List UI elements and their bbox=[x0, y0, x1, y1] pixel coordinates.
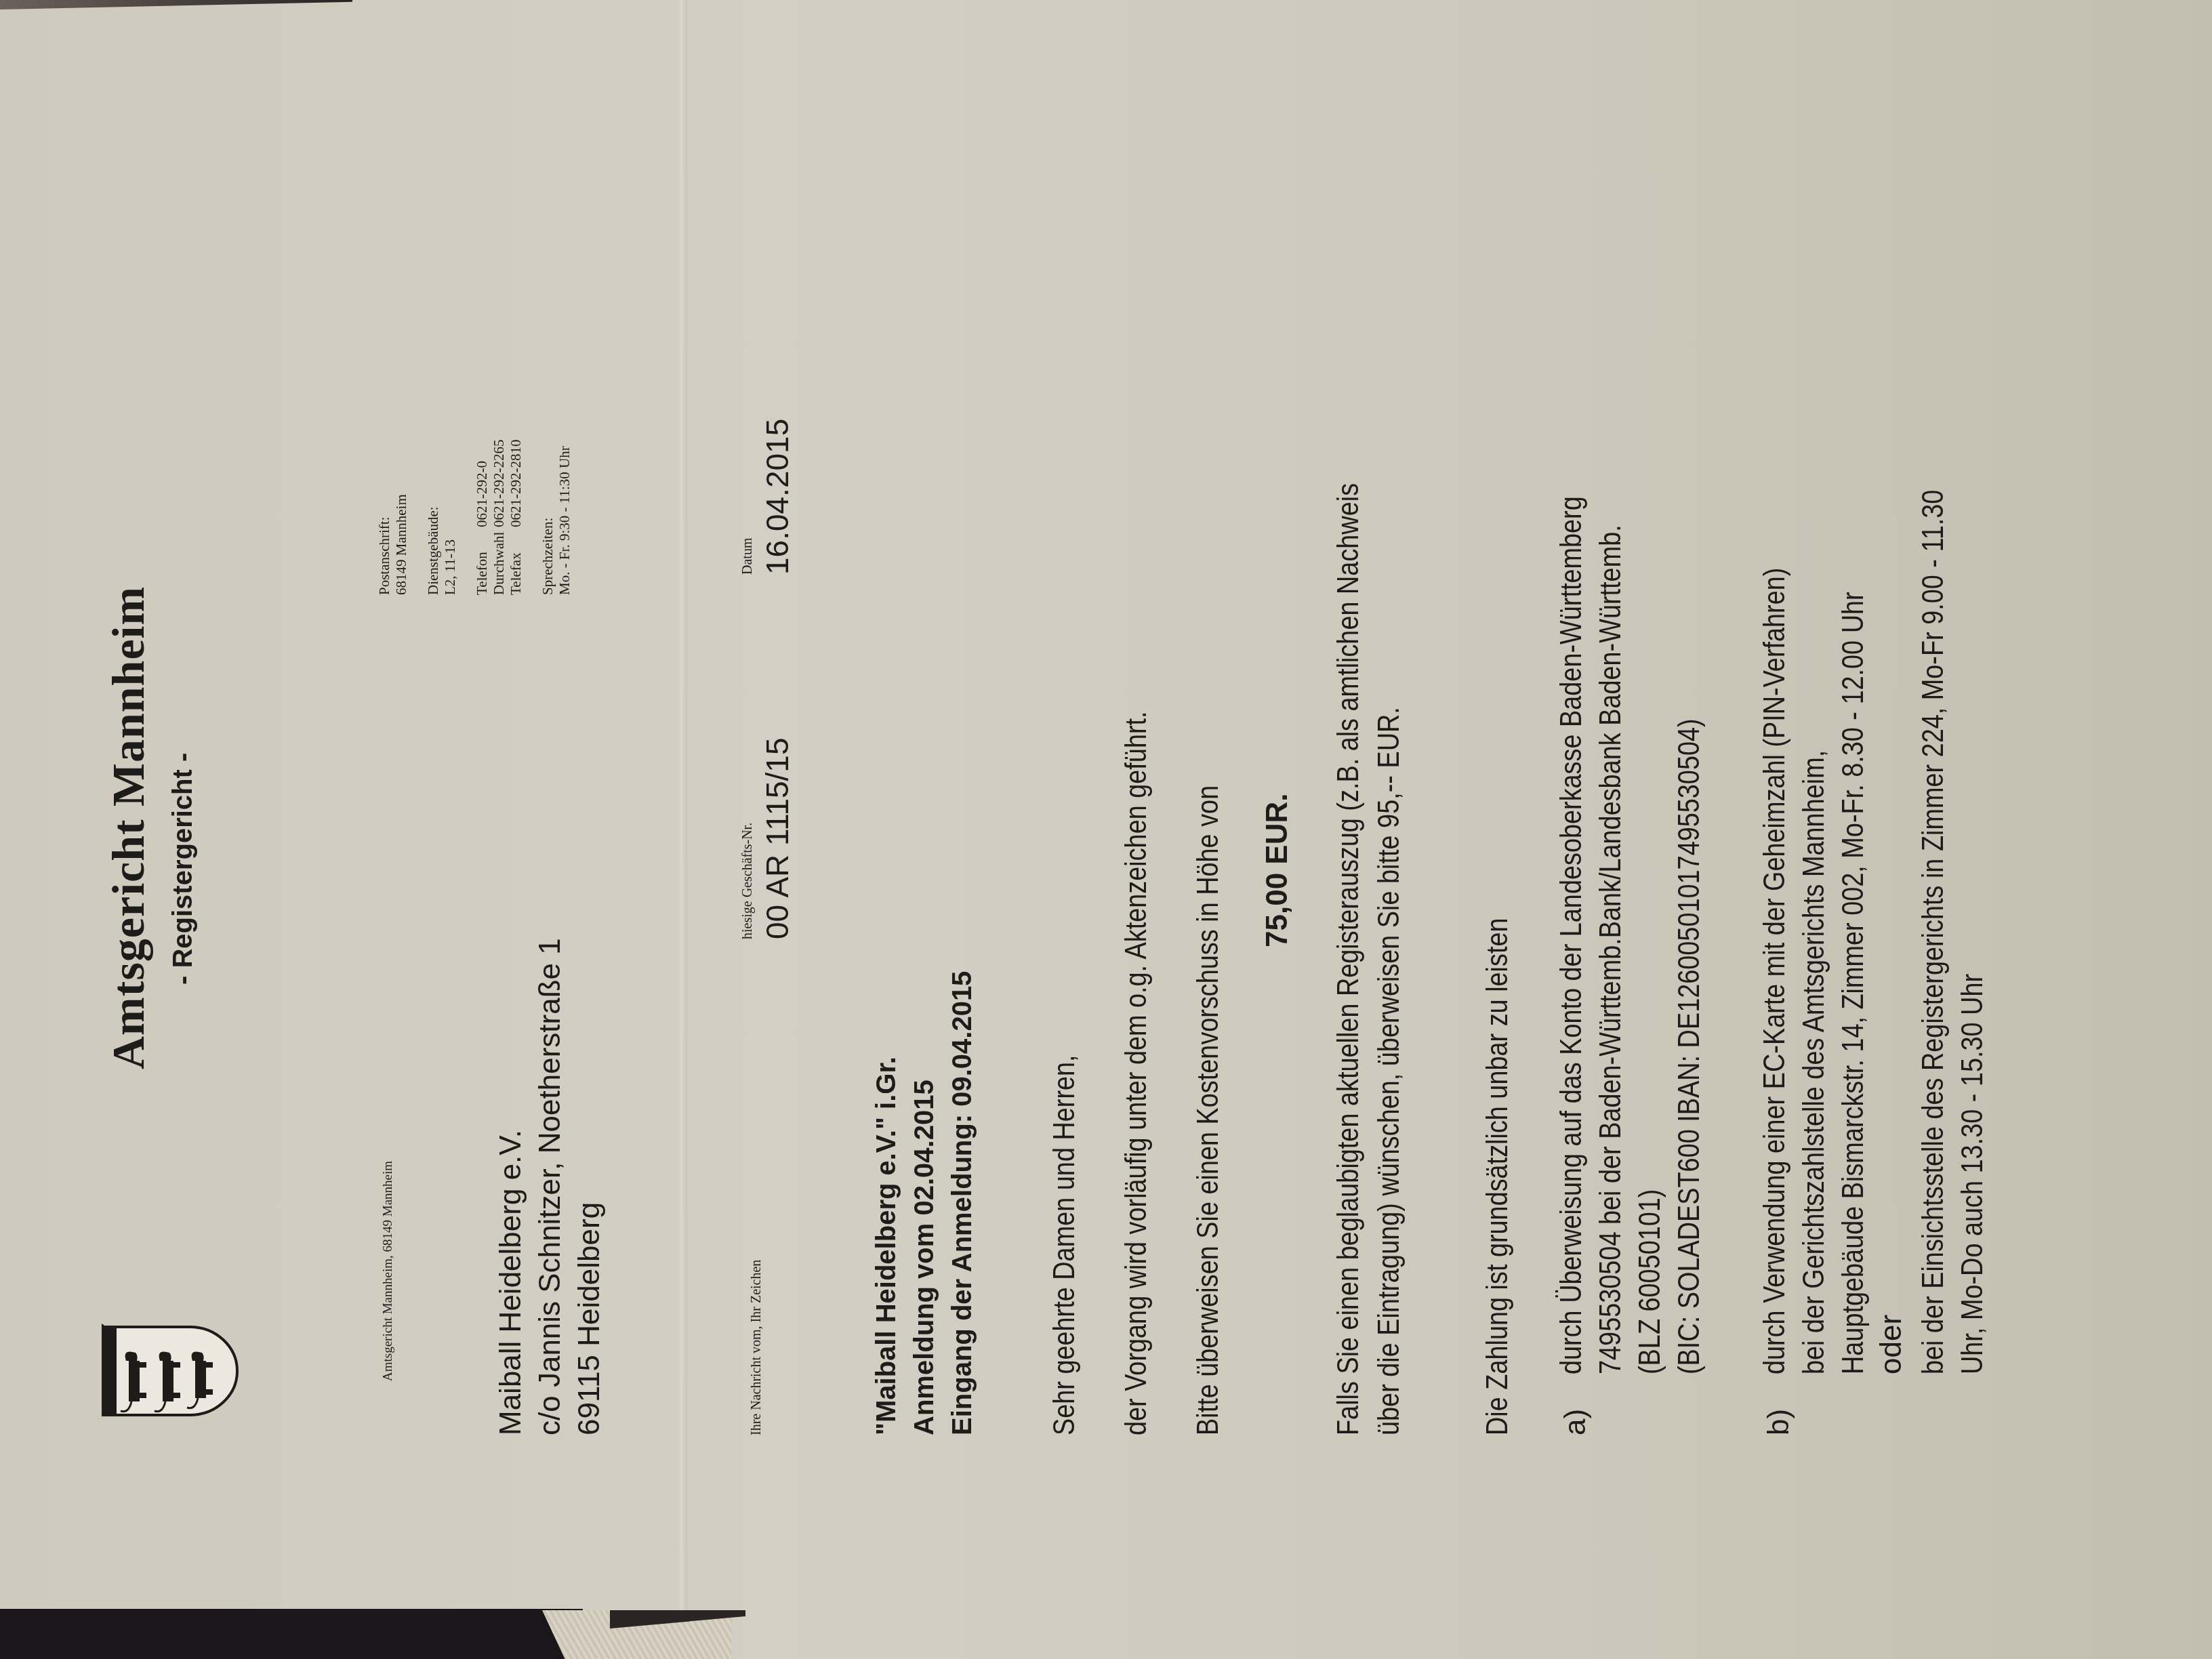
option-line: 7495530504 bei der Baden-Württemb.Bank/L… bbox=[1591, 496, 1631, 1374]
datum-label: Datum bbox=[740, 538, 756, 575]
phone-label: Telefon bbox=[474, 527, 491, 595]
option-line: durch Überweisung auf das Konto der Land… bbox=[1552, 496, 1591, 1374]
sprechzeiten-value: Mo. - Fr. 9:30 - 11:30 Uhr bbox=[556, 440, 573, 596]
phone-value: 0621-292-2810 bbox=[508, 440, 525, 528]
postanschrift-value: 68149 Mannheim bbox=[393, 440, 410, 596]
geschaeftsnr-label: hiesige Geschäfts-Nr. bbox=[740, 823, 756, 939]
subject-line: "Maiball Heidelberg e.V." i.Gr. bbox=[867, 971, 905, 1435]
phone-value: 0621-292-0 bbox=[474, 461, 491, 527]
postanschrift-label: Postanschrift: bbox=[376, 440, 393, 596]
recipient-line: c/o Jannis Schnitzer, Noetherstraße 1 bbox=[531, 938, 570, 1435]
option-line: Uhr, Mo-Do auch 13.30 - 15.30 Uhr bbox=[1953, 490, 1992, 1374]
recipient-line: Maiball Heidelberg e.V. bbox=[491, 938, 531, 1435]
option-line: (BIC: SOLADEST600 IBAN: DE12600501017495… bbox=[1670, 496, 1709, 1374]
subject-block: "Maiball Heidelberg e.V." i.Gr. Anmeldun… bbox=[867, 971, 981, 1435]
ihre-nachricht-label: Ihre Nachricht vom, Ihr Zeichen bbox=[749, 1260, 764, 1435]
geschaeftsnr-value: 00 AR 1115/15 bbox=[759, 737, 796, 939]
phone-row: Telefon 0621-292-0 bbox=[474, 440, 491, 596]
phone-row: Durchwahl 0621-292-2265 bbox=[491, 440, 508, 596]
phone-value: 0621-292-2265 bbox=[491, 440, 508, 528]
court-info-block: Postanschrift: 68149 Mannheim Dienstgebä… bbox=[376, 440, 573, 596]
option-a-text: durch Überweisung auf das Konto der Land… bbox=[1552, 496, 1709, 1374]
subject-line: Eingang der Anmeldung: 09.04.2015 bbox=[943, 971, 981, 1435]
option-line: (BLZ 60050101) bbox=[1631, 496, 1670, 1374]
body-zahlung: Die Zahlung ist grundsätzlich unbar zu l… bbox=[1481, 918, 1515, 1435]
recipient-line: 69115 Heidelberg bbox=[570, 938, 609, 1435]
court-department: - Registergericht - bbox=[168, 753, 199, 985]
phone-label: Telefax bbox=[508, 527, 525, 595]
letter-page: Amtsgericht Mannheim - Registergericht -… bbox=[0, 0, 2212, 1659]
sprechzeiten-label: Sprechzeiten: bbox=[539, 440, 556, 596]
subject-line: Anmeldung vom 02.04.2015 bbox=[905, 971, 943, 1435]
option-line: durch Verwendung einer EC-Karte mit der … bbox=[1755, 568, 1795, 1374]
body-falls-line: über die Eintragung) wünschen, überweise… bbox=[1369, 483, 1410, 1435]
option-a-marker: a) bbox=[1559, 1409, 1593, 1435]
body-falls-line: Falls Sie einen beglaubigten aktuellen R… bbox=[1328, 483, 1369, 1435]
option-b-text: durch Verwendung einer EC-Karte mit der … bbox=[1755, 568, 1873, 1374]
option-line: Hauptgebäude Bismarckstr. 14, Zimmer 002… bbox=[1834, 568, 1873, 1374]
payment-amount: 75,00 EUR. bbox=[1261, 794, 1294, 947]
option-line: bei der Einsichtsstelle des Registergeri… bbox=[1914, 490, 1953, 1374]
option-b-oder: oder bbox=[1875, 1315, 1908, 1374]
dienstgebaeude-value: L2, 11-13 bbox=[442, 440, 459, 596]
sender-return-address: Amtsgericht Mannheim, 68149 Mannheim bbox=[381, 1161, 396, 1381]
option-line: bei der Gerichtszahlstelle des Amtsgeric… bbox=[1795, 568, 1834, 1374]
salutation: Sehr geehrte Damen und Herren, bbox=[1048, 1054, 1082, 1435]
body-vorgang: der Vorgang wird vorläufig unter dem o.g… bbox=[1120, 711, 1153, 1435]
body-falls: Falls Sie einen beglaubigten aktuellen R… bbox=[1328, 483, 1410, 1435]
datum-value: 16.04.2015 bbox=[759, 419, 796, 575]
recipient-address: Maiball Heidelberg e.V. c/o Jannis Schni… bbox=[491, 938, 609, 1435]
body-bitte: Bitte überweisen Sie einen Kostenvorschu… bbox=[1191, 785, 1225, 1435]
option-b-marker: b) bbox=[1762, 1409, 1796, 1435]
dienstgebaeude-label: Dienstgebäude: bbox=[425, 440, 442, 596]
option-b-alt-text: bei der Einsichtsstelle des Registergeri… bbox=[1914, 490, 1992, 1374]
phone-label: Durchwahl bbox=[491, 527, 508, 595]
court-name: Amtsgericht Mannheim bbox=[102, 586, 155, 1069]
coat-of-arms-icon bbox=[102, 1320, 244, 1422]
phone-row: Telefax 0621-292-2810 bbox=[508, 440, 525, 596]
